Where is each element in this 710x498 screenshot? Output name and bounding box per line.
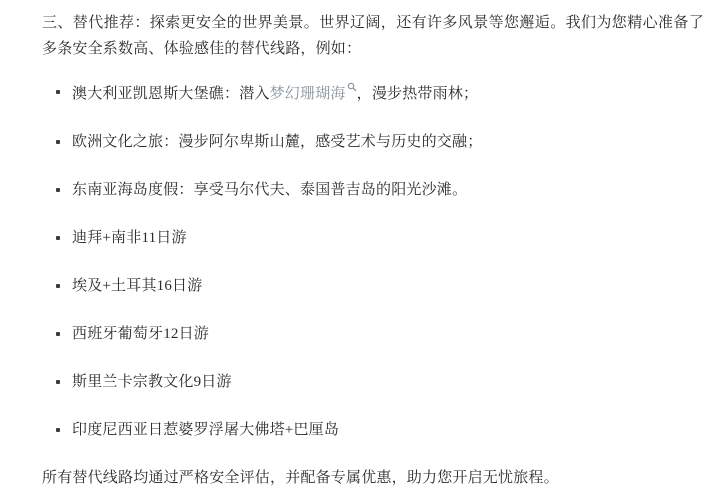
bullet-dot-icon: [56, 188, 60, 192]
bullet-dot-icon: [56, 284, 60, 288]
bullet-dot-icon: [56, 332, 60, 336]
list-item-indonesia-bali: 印度尼西亚日惹婆罗浮屠大佛塔+巴厘岛: [42, 420, 700, 440]
list-item-dubai-south-africa: 迪拜+南非11日游: [42, 228, 700, 248]
list-item-egypt-turkey: 埃及+土耳其16日游: [42, 276, 700, 296]
coral-sea-link[interactable]: 梦幻珊瑚海: [270, 86, 346, 102]
list-item-text-suffix: ，漫步热带雨林；: [357, 86, 479, 102]
list-item-spain-portugal: 西班牙葡萄牙12日游: [42, 324, 700, 344]
bullet-dot-icon: [56, 90, 60, 94]
bullet-dot-icon: [56, 380, 60, 384]
section-heading-paragraph: 三、替代推荐：探索更安全的世界美景。世界辽阔，还有许多风景等您邂逅。我们为您精心…: [42, 10, 704, 62]
document-page: 三、替代推荐：探索更安全的世界美景。世界辽阔，还有许多风景等您邂逅。我们为您精心…: [0, 0, 710, 498]
bullet-dot-icon: [56, 140, 60, 144]
list-item-australia-great-barrier-reef: 澳大利亚凯恩斯大堡礁：潜入梦幻珊瑚海 ，漫步热带雨林；: [42, 82, 700, 104]
bullet-dot-icon: [56, 236, 60, 240]
search-icon[interactable]: [347, 82, 357, 92]
list-item-text: 斯里兰卡宗教文化9日游: [72, 374, 232, 390]
footer-note: 所有替代线路均通过严格安全评估，并配备专属优惠，助力您开启无忧旅程。: [42, 468, 700, 488]
list-item-text: 欧洲文化之旅：漫步阿尔卑斯山麓，感受艺术与历史的交融；: [72, 134, 482, 150]
list-item-sri-lanka: 斯里兰卡宗教文化9日游: [42, 372, 700, 392]
list-item-text: 东南亚海岛度假：享受马尔代夫、泰国普吉岛的阳光沙滩。: [72, 182, 467, 198]
list-item-europe-culture: 欧洲文化之旅：漫步阿尔卑斯山麓，感受艺术与历史的交融；: [42, 132, 700, 152]
list-item-text: 西班牙葡萄牙12日游: [72, 326, 209, 342]
list-item-southeast-asia-islands: 东南亚海岛度假：享受马尔代夫、泰国普吉岛的阳光沙滩。: [42, 180, 700, 200]
list-item-text-prefix: 澳大利亚凯恩斯大堡礁：潜入: [72, 86, 270, 102]
list-item-text: 迪拜+南非11日游: [72, 230, 187, 246]
destination-list: 澳大利亚凯恩斯大堡礁：潜入梦幻珊瑚海 ，漫步热带雨林； 欧洲文化之旅：漫步阿尔卑…: [42, 82, 700, 440]
list-item-text: 印度尼西亚日惹婆罗浮屠大佛塔+巴厘岛: [72, 422, 339, 438]
bullet-dot-icon: [56, 428, 60, 432]
list-item-text: 埃及+土耳其16日游: [72, 278, 202, 294]
